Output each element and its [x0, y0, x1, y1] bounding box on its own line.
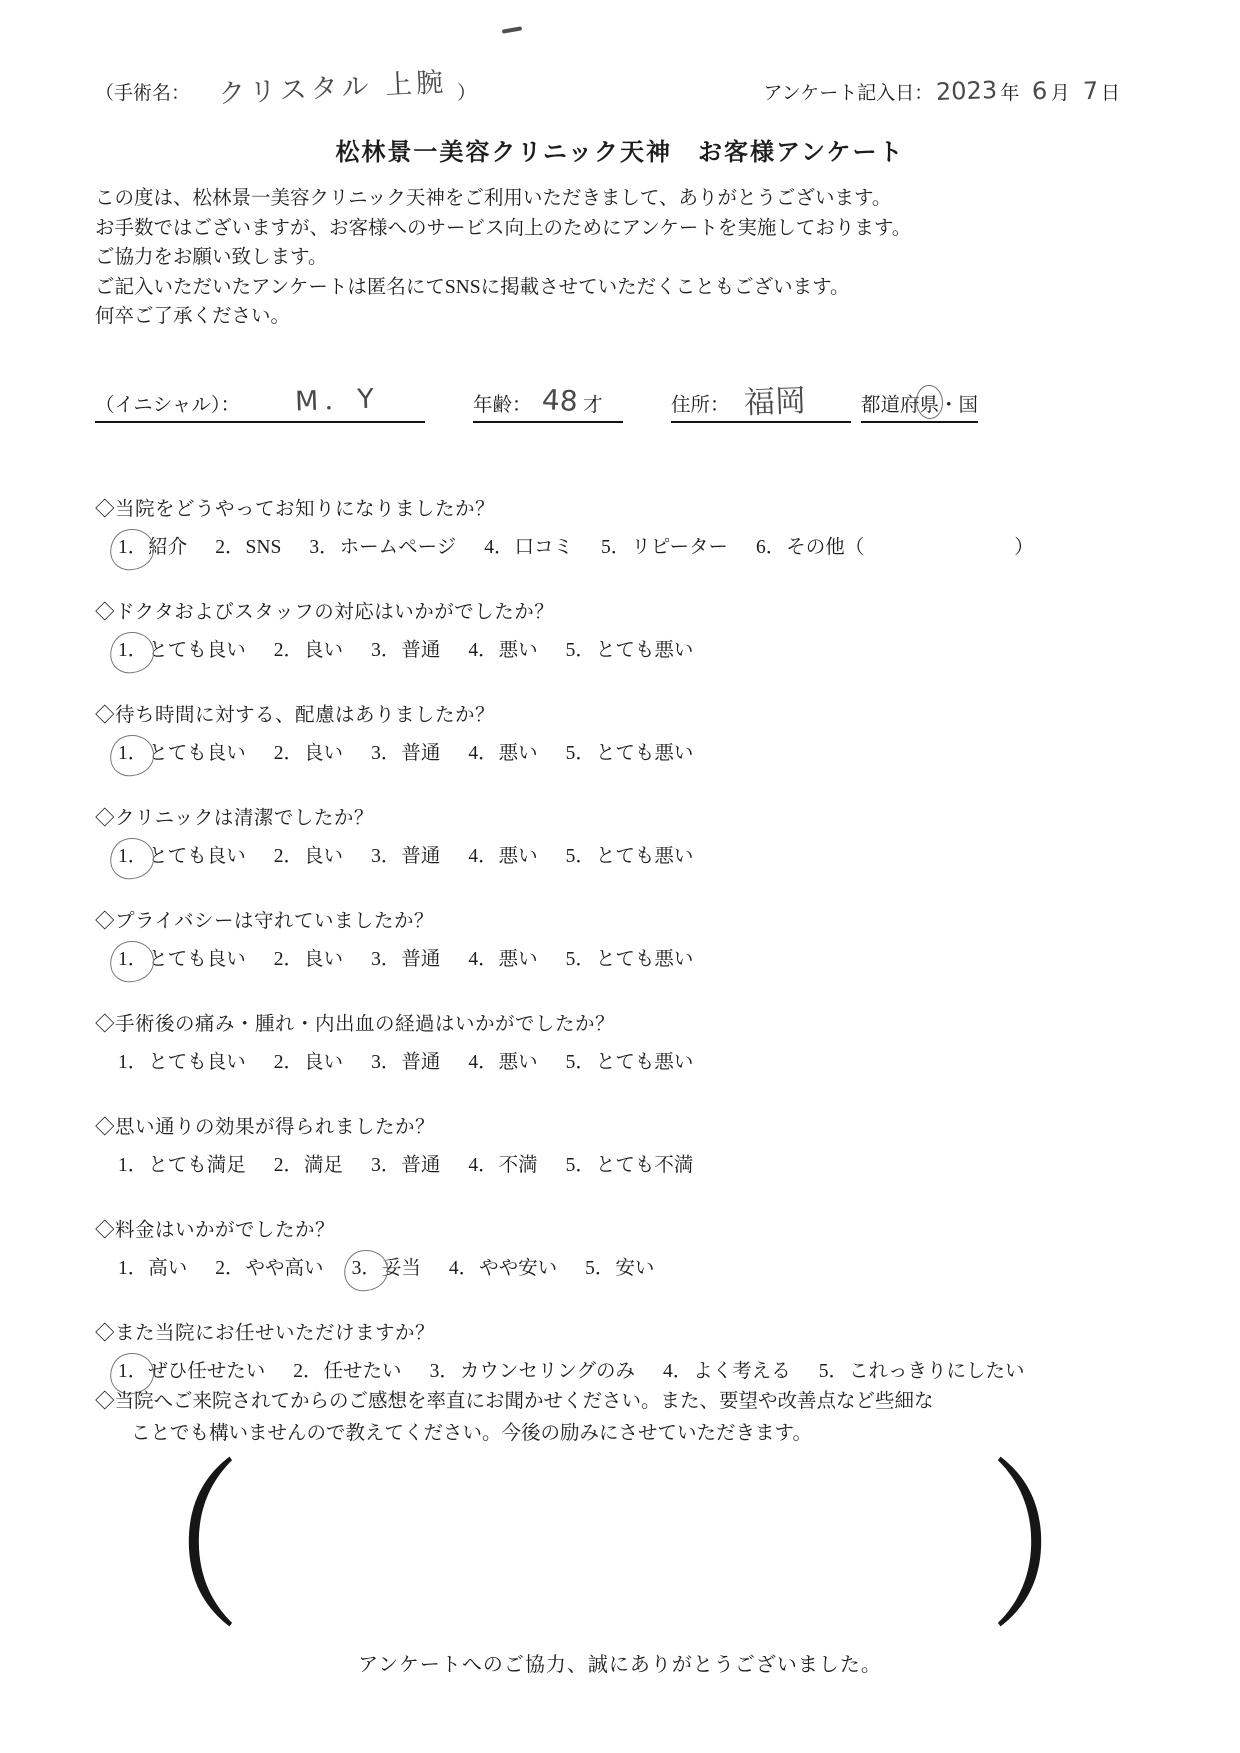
- region-suffix-text: ・国: [939, 389, 978, 417]
- option-label: 普通: [401, 640, 440, 661]
- option-item: 4．口コミ: [483, 537, 573, 558]
- option-label: とても不満: [596, 1155, 694, 1176]
- question-options: 1．とても良い2．良い3．普通4．悪い5．とても悪い: [117, 1047, 1210, 1078]
- profile-row: （イニシャル）： M．Y 年齢： 48 才 住所： 福岡 都道府 県 ・国: [95, 378, 978, 423]
- option-label: 悪い: [499, 846, 538, 867]
- question-title: ◇料金はいかがでしたか？: [95, 1218, 1210, 1244]
- initials-field: （イニシャル）： M．Y: [95, 378, 425, 423]
- option-item: 5．とても不満: [565, 1155, 694, 1176]
- option-label: 普通: [401, 1155, 440, 1176]
- option-number: 3．: [370, 1047, 401, 1078]
- option-number: 2．: [273, 944, 304, 975]
- surgery-name-close-paren: ）: [457, 78, 476, 105]
- option-label: 悪い: [499, 743, 538, 764]
- question-block: ◇また当院にお任せいただけますか？1．ぜひ任せたい2．任せたい3．カウンセリング…: [95, 1321, 1210, 1387]
- option-number: 5．: [818, 1356, 849, 1387]
- option-item: 3．カウンセリングのみ: [429, 1361, 635, 1382]
- option-item: 3．普通: [370, 743, 440, 764]
- option-label: リピーター: [631, 537, 728, 558]
- comment-open-bracket: （: [90, 1444, 241, 1656]
- option-number: 2．: [214, 532, 245, 563]
- option-label: 悪い: [499, 640, 538, 661]
- option-item: 5．これっきりにしたい: [818, 1361, 1025, 1382]
- option-number: 4．: [467, 841, 498, 872]
- intro-line: この度は、松林景一美容クリニック天神をご利用いただきまして、ありがとうございます…: [95, 184, 1180, 214]
- option-number: 3．: [308, 532, 339, 563]
- selected-option-circle: 1．: [117, 532, 148, 563]
- option-label: 良い: [304, 1052, 343, 1073]
- option-number: 5．: [584, 1253, 615, 1284]
- option-number: 1．: [117, 1150, 148, 1181]
- question-title: ◇手術後の痛み・腫れ・内出血の経過はいかがでしたか？: [95, 1012, 1210, 1038]
- option-item: 5．安い: [584, 1258, 654, 1279]
- intro-line: ご記入いただいたアンケートは匿名にてSNSに掲載させていただくこともございます。: [95, 273, 1180, 303]
- option-label: ぜひ任せたい: [148, 1361, 265, 1382]
- option-number: 1．: [117, 1047, 148, 1078]
- initials-handwritten-value: M．Y: [294, 377, 380, 419]
- option-item: 3．普通: [370, 846, 440, 867]
- surgery-name-handwritten-value: クリスタル 上腕: [217, 60, 448, 111]
- option-item: 2．良い: [273, 949, 343, 970]
- question-options: 1．とても良い2．良い3．普通4．悪い5．とても悪い: [117, 635, 1210, 666]
- feedback-question: ◇当院へご来院されてからのご感想を率直にお聞かせください。また、要望や改善点など…: [95, 1386, 1200, 1449]
- question-title: ◇思い通りの効果が得られましたか？: [95, 1115, 1210, 1141]
- option-item: 2．満足: [273, 1155, 343, 1176]
- option-item: 2．やや高い: [214, 1258, 323, 1279]
- option-number: 4．: [662, 1356, 693, 1387]
- option-item: 5．とても悪い: [565, 640, 694, 661]
- option-label: とても良い: [148, 743, 246, 764]
- address-field: 住所： 福岡: [671, 387, 851, 423]
- option-label: 普通: [401, 949, 440, 970]
- option-label: とても良い: [148, 640, 246, 661]
- option-label: やや高い: [246, 1258, 324, 1279]
- option-label: とても良い: [148, 1052, 246, 1073]
- option-label: 口コミ: [514, 537, 573, 558]
- intro-line: ご協力をお願い致します。: [95, 243, 1180, 273]
- option-item: 2．良い: [273, 1052, 343, 1073]
- intro-paragraph: この度は、松林景一美容クリニック天神をご利用いただきまして、ありがとうございます…: [95, 184, 1180, 332]
- question-title: ◇プライバシーは守れていましたか？: [95, 909, 1210, 935]
- option-item: 2．任せたい: [292, 1361, 401, 1382]
- option-label: 良い: [304, 743, 343, 764]
- surgery-name-group: （手術名： クリスタル 上腕 ）: [95, 66, 476, 105]
- survey-date-month-handwritten: 6: [1032, 77, 1048, 106]
- option-item: 1．紹介: [117, 537, 187, 558]
- option-label: SNS: [246, 537, 282, 558]
- option-item: 3．妥当: [351, 1258, 421, 1279]
- question-options: 1．とても良い2．良い3．普通4．悪い5．とても悪い: [117, 944, 1210, 975]
- option-item: 2．SNS: [214, 537, 281, 558]
- intro-line: 何卒ご了承ください。: [95, 302, 1180, 332]
- option-label: 良い: [304, 949, 343, 970]
- option-label: とても悪い: [596, 949, 694, 970]
- question-options: 1．紹介2．SNS3．ホームページ4．口コミ5．リピーター6．その他（）: [117, 532, 1210, 563]
- region-type-field: 都道府 県 ・国: [861, 389, 978, 423]
- option-number: 2．: [273, 1047, 304, 1078]
- questions-section: ◇当院をどうやってお知りになりましたか？1．紹介2．SNS3．ホームページ4．口…: [95, 497, 1210, 1424]
- option-label: 良い: [304, 640, 343, 661]
- option-item: 1．とても良い: [117, 949, 246, 970]
- option-label: 任せたい: [324, 1361, 402, 1382]
- option-label: 普通: [401, 1052, 440, 1073]
- option-label: よく考える: [693, 1361, 791, 1382]
- option-number: 3．: [370, 738, 401, 769]
- option-label: カウンセリングのみ: [460, 1361, 635, 1382]
- question-block: ◇クリニックは清潔でしたか？1．とても良い2．良い3．普通4．悪い5．とても悪い: [95, 806, 1210, 872]
- option-label: 満足: [304, 1155, 343, 1176]
- option-number: 4．: [448, 1253, 479, 1284]
- question-block: ◇ドクタおよびスタッフの対応はいかがでしたか？1．とても良い2．良い3．普通4．…: [95, 600, 1210, 666]
- question-block: ◇料金はいかがでしたか？1．高い2．やや高い3．妥当4．やや安い5．安い: [95, 1218, 1210, 1284]
- survey-date-day-unit: 日: [1101, 78, 1120, 105]
- option-number: 5．: [600, 532, 631, 563]
- option-item: 5．とても悪い: [565, 743, 694, 764]
- option-label: とても悪い: [596, 640, 694, 661]
- option-close-paren: ）: [1014, 537, 1034, 558]
- option-label: 普通: [401, 846, 440, 867]
- survey-date-label: アンケート記入日：: [763, 78, 933, 105]
- selected-option-circle: 1．: [117, 841, 148, 872]
- option-number: 4．: [483, 532, 514, 563]
- option-item: 5．とても悪い: [565, 949, 694, 970]
- selected-option-circle: 1．: [117, 635, 148, 666]
- option-label: 紹介: [148, 537, 187, 558]
- option-item: 4．悪い: [467, 640, 537, 661]
- option-number: 4．: [467, 944, 498, 975]
- option-number: 2．: [273, 635, 304, 666]
- question-title: ◇待ち時間に対する、配慮はありましたか？: [95, 703, 1210, 729]
- option-item: 3．普通: [370, 640, 440, 661]
- question-title: ◇当院をどうやってお知りになりましたか？: [95, 497, 1210, 523]
- selected-option-circle: 1．: [117, 1356, 148, 1387]
- comment-close-bracket: ）: [988, 1444, 1139, 1656]
- survey-date-month-unit: 月: [1051, 78, 1070, 105]
- option-number: 5．: [565, 944, 596, 975]
- option-number: 5．: [565, 1150, 596, 1181]
- region-circled-kanji: 県: [920, 389, 940, 417]
- option-label: とても満足: [148, 1155, 246, 1176]
- option-label: その他（: [786, 537, 864, 558]
- question-block: ◇当院をどうやってお知りになりましたか？1．紹介2．SNS3．ホームページ4．口…: [95, 497, 1210, 563]
- option-number: 4．: [467, 1150, 498, 1181]
- question-title: ◇ドクタおよびスタッフの対応はいかがでしたか？: [95, 600, 1210, 626]
- option-label: これっきりにしたい: [849, 1361, 1025, 1382]
- question-title: ◇また当院にお任せいただけますか？: [95, 1321, 1210, 1347]
- option-label: とても良い: [148, 949, 246, 970]
- option-number: 2．: [273, 738, 304, 769]
- option-item: 1．高い: [117, 1258, 187, 1279]
- option-label: とても良い: [148, 846, 246, 867]
- address-handwritten-value: 福岡: [743, 386, 806, 418]
- survey-date-year-handwritten: 2023: [936, 76, 998, 106]
- option-item: 1．とても良い: [117, 743, 246, 764]
- option-item: 1．とても満足: [117, 1155, 246, 1176]
- address-label: 住所：: [671, 389, 730, 417]
- option-label: 高い: [148, 1258, 187, 1279]
- age-unit: 才: [583, 389, 603, 417]
- option-label: とても悪い: [596, 846, 694, 867]
- option-item: 4．悪い: [467, 949, 537, 970]
- option-number: 2．: [273, 841, 304, 872]
- question-block: ◇待ち時間に対する、配慮はありましたか？1．とても良い2．良い3．普通4．悪い5…: [95, 703, 1210, 769]
- option-item: 3．普通: [370, 949, 440, 970]
- option-label: ホームページ: [340, 537, 457, 558]
- option-label: 悪い: [499, 949, 538, 970]
- option-label: とても悪い: [596, 743, 694, 764]
- age-field: 年齢： 48 才: [473, 384, 623, 423]
- selected-option-circle: 1．: [117, 944, 148, 975]
- selected-option-circle: 1．: [117, 738, 148, 769]
- age-handwritten-value: 48: [541, 383, 578, 418]
- option-item: 1．ぜひ任せたい: [117, 1361, 265, 1382]
- option-item: 4．よく考える: [662, 1361, 791, 1382]
- initials-label: （イニシャル）：: [95, 389, 240, 417]
- option-label: とても悪い: [596, 1052, 694, 1073]
- option-number: 2．: [214, 1253, 245, 1284]
- option-item: 4．悪い: [467, 1052, 537, 1073]
- question-title: ◇クリニックは清潔でしたか？: [95, 806, 1210, 832]
- survey-date-day-handwritten: 7: [1082, 77, 1098, 106]
- question-options: 1．とても満足2．満足3．普通4．不満5．とても不満: [117, 1150, 1210, 1181]
- question-options: 1．とても良い2．良い3．普通4．悪い5．とても悪い: [117, 841, 1210, 872]
- option-label: 普通: [401, 743, 440, 764]
- option-label: 不満: [499, 1155, 538, 1176]
- question-options: 1．とても良い2．良い3．普通4．悪い5．とても悪い: [117, 738, 1210, 769]
- option-item: 5．リピーター: [600, 537, 728, 558]
- question-block: ◇思い通りの効果が得られましたか？1．とても満足2．満足3．普通4．不満5．とて…: [95, 1115, 1210, 1181]
- closing-thanks-text: アンケートへのご協力、誠にありがとうございました。: [0, 1648, 1240, 1677]
- comment-answer-area: （ ）: [82, 1458, 1148, 1648]
- option-item: 3．普通: [370, 1052, 440, 1073]
- region-prefix-text: 都道府: [861, 389, 920, 417]
- option-number: 2．: [273, 1150, 304, 1181]
- option-number: 5．: [565, 841, 596, 872]
- option-item: 6．その他（）: [755, 537, 1034, 558]
- selected-option-circle: 3．: [351, 1253, 382, 1284]
- age-label: 年齢：: [473, 389, 532, 417]
- form-title: 松林景一美容クリニック天神 お客様アンケート: [0, 132, 1240, 167]
- question-block: ◇手術後の痛み・腫れ・内出血の経過はいかがでしたか？1．とても良い2．良い3．普…: [95, 1012, 1210, 1078]
- option-number: 6．: [755, 532, 786, 563]
- surgery-name-label: （手術名：: [95, 78, 190, 105]
- option-item: 1．とても良い: [117, 1052, 246, 1073]
- option-number: 1．: [117, 1253, 148, 1284]
- option-item: 4．不満: [467, 1155, 537, 1176]
- option-number: 5．: [565, 738, 596, 769]
- question-options: 1．高い2．やや高い3．妥当4．やや安い5．安い: [117, 1253, 1210, 1284]
- option-item: 2．良い: [273, 640, 343, 661]
- option-item: 1．とても良い: [117, 846, 246, 867]
- survey-date-group: アンケート記入日： 2023 年 6 月 7 日: [763, 77, 1120, 105]
- option-item: 1．とても良い: [117, 640, 246, 661]
- option-number: 5．: [565, 1047, 596, 1078]
- option-item: 5．とても悪い: [565, 846, 694, 867]
- option-item: 4．悪い: [467, 846, 537, 867]
- option-number: 4．: [467, 635, 498, 666]
- form-header-row: （手術名： クリスタル 上腕 ） アンケート記入日： 2023 年 6 月 7 …: [95, 66, 1120, 105]
- option-item: 4．悪い: [467, 743, 537, 764]
- option-label: 良い: [304, 846, 343, 867]
- option-number: 2．: [292, 1356, 323, 1387]
- option-label: 安い: [615, 1258, 654, 1279]
- option-number: 3．: [370, 635, 401, 666]
- intro-line: お手数ではございますが、お客様へのサービス向上のためにアンケートを実施しておりま…: [95, 214, 1180, 244]
- option-number: 4．: [467, 738, 498, 769]
- option-number: 4．: [467, 1047, 498, 1078]
- option-item: 2．良い: [273, 743, 343, 764]
- option-number: 5．: [565, 635, 596, 666]
- scan-artifact-mark: [502, 26, 522, 33]
- option-label: やや安い: [479, 1258, 557, 1279]
- option-item: 5．とても悪い: [565, 1052, 694, 1073]
- option-item: 4．やや安い: [448, 1258, 557, 1279]
- survey-date-year-unit: 年: [1000, 78, 1019, 105]
- question-options: 1．ぜひ任せたい2．任せたい3．カウンセリングのみ4．よく考える5．これっきりに…: [117, 1356, 1210, 1387]
- feedback-question-line: ◇当院へご来院されてからのご感想を率直にお聞かせください。また、要望や改善点など…: [95, 1386, 1200, 1418]
- option-item: 3．普通: [370, 1155, 440, 1176]
- option-number: 3．: [370, 1150, 401, 1181]
- option-number: 3．: [370, 841, 401, 872]
- option-number: 3．: [370, 944, 401, 975]
- option-item: 2．良い: [273, 846, 343, 867]
- question-block: ◇プライバシーは守れていましたか？1．とても良い2．良い3．普通4．悪い5．とて…: [95, 909, 1210, 975]
- option-number: 3．: [429, 1356, 460, 1387]
- option-label: 悪い: [499, 1052, 538, 1073]
- option-item: 3．ホームページ: [308, 537, 456, 558]
